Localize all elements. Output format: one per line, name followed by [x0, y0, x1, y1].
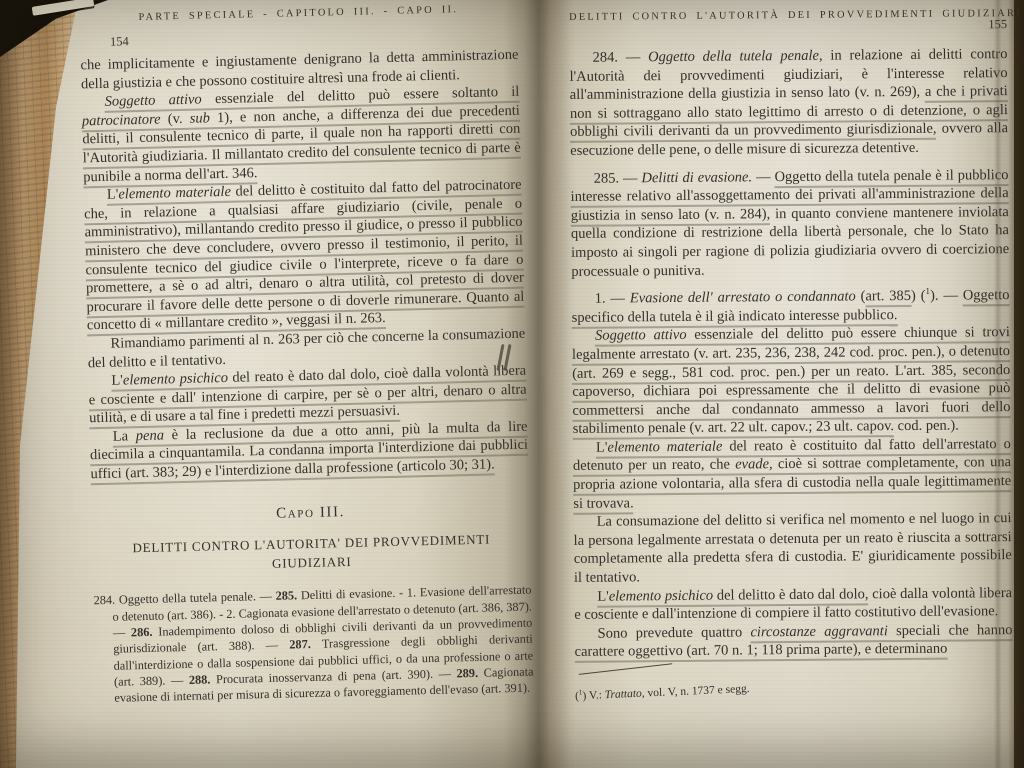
par-284: 284. — Oggetto della tutela penale, in r… — [569, 45, 1008, 160]
left-page: PARTE SPECIALE - CAPITOLO III. - CAPO II… — [12, 0, 544, 768]
chapter-subheading: DELITTI CONTRO L'AUTORITA' DEI PROVVEDIM… — [92, 529, 531, 577]
right-running-head: DELITTI CONTRO L'AUTORITÀ DEI PROVVEDIME… — [569, 8, 1007, 23]
text-segment: 288. — [189, 672, 211, 687]
text-segment: elemento psichico — [609, 587, 714, 607]
left-page-number: 154 — [110, 34, 129, 49]
text-segment: L' — [597, 588, 609, 607]
par-soggetto-attivo: Soggetto attivo essenziale del delitto p… — [572, 323, 1011, 438]
right-page-column: DELITTI CONTRO L'AUTORITÀ DEI PROVVEDIME… — [569, 8, 1013, 697]
handwritten-margin-mark — [499, 344, 509, 371]
par-aggravanti: Sono prevedute quattro circostanze aggra… — [574, 621, 1012, 662]
text-segment: 285. — — [594, 170, 642, 186]
footnote-rule — [579, 663, 673, 675]
page-crease — [994, 0, 1002, 768]
text-segment: L' — [107, 187, 119, 206]
footnote: (1) V.: Trattato, vol. V, n. 1737 e segg… — [575, 670, 1013, 704]
text-segment: 287. — [289, 637, 311, 652]
text-segment: pena — [136, 427, 165, 447]
text-segment: circostanze aggravanti — [750, 623, 888, 643]
text-segment: 284. — — [593, 49, 649, 65]
left-page-column: PARTE SPECIALE - CAPITOLO III. - CAPO II… — [79, 3, 534, 707]
pena-paragraph: La pena è la reclusione da due a otto an… — [89, 417, 528, 483]
text-segment: art. 385 — [865, 288, 911, 307]
right-page: DELITTI CONTRO L'AUTORITÀ DEI PROVVEDIME… — [542, 0, 1014, 768]
par-consumazione: La consumazione del delitto si verifica … — [573, 509, 1012, 587]
text-segment: Sono prevedute quattro — [598, 624, 751, 641]
open-book-photo: PARTE SPECIALE - CAPITOLO III. - CAPO II… — [0, 0, 1024, 768]
text-segment: elemento materiale — [607, 438, 722, 458]
left-page-body: che implicitamente e ingiustamente denig… — [80, 46, 528, 484]
left-running-head: PARTE SPECIALE - CAPITOLO III. - CAPO II… — [79, 3, 517, 25]
par-evasione-arrestato: 1. — Evasione dell' arrestato o condanna… — [571, 286, 1009, 327]
text-segment: Soggetto attivo — [595, 327, 687, 347]
chapter-summary: 284. Oggetto della tutela penale. — 285.… — [93, 582, 534, 707]
text-segment: (v. — [160, 111, 190, 131]
text-segment: 1. — — [595, 291, 630, 307]
text-segment: 289. — [456, 666, 478, 681]
text-segment: cod. pen.). — [894, 418, 959, 435]
chapter-heading: Capo III. — [91, 499, 529, 527]
par-elemento-psichico: L'elemento psichico del delitto è dato d… — [574, 584, 1012, 625]
text-segment: Evasione dell' arrestato o condannato — [630, 289, 856, 307]
text-segment: Oggetto della tutela penale — [648, 48, 819, 65]
text-segment: del delitto è dato dal dolo, — [713, 586, 869, 606]
par-elemento-materiale: L'elemento materiale del reato è costitu… — [573, 435, 1012, 513]
par-285: 285. — Delitti di evasione. — Oggetto de… — [570, 166, 1009, 281]
elemento-materiale-paragraph: L'elemento materiale del delitto è costi… — [84, 176, 526, 335]
text-segment: , vol. V, n. 1737 e segg. — [642, 683, 750, 700]
text-segment: Delitti di evasione. — [641, 169, 752, 186]
right-running-head-row: DELITTI CONTRO L'AUTORITÀ DEI PROVVEDIME… — [569, 8, 1007, 23]
soggetto-attivo-paragraph: Soggetto attivo essenziale del delitto p… — [81, 83, 521, 187]
text-segment: sub — [190, 110, 211, 129]
text-segment: L' — [111, 373, 123, 392]
right-page-body: 284. — Oggetto della tutela penale, in r… — [569, 45, 1012, 662]
text-segment: La consumazione del delitto si verifica … — [574, 510, 1012, 586]
text-segment: ( — [856, 288, 866, 304]
text-segment: La — [113, 428, 136, 448]
text-segment: 286. — [131, 625, 153, 640]
chapter-summary-paragraph: 284. Oggetto della tutela penale. — 285.… — [93, 582, 534, 707]
text-segment: 285. — [275, 589, 297, 604]
text-segment: — — [752, 169, 775, 185]
text-segment: evade, — [735, 457, 773, 476]
text-segment: Trattato — [604, 688, 642, 702]
text-segment: 284. Oggetto della tutela penale. — — [93, 589, 275, 607]
footnote-1: (1) V.: Trattato, vol. V, n. 1737 e segg… — [575, 670, 1013, 704]
book-right-edge — [1008, 0, 1024, 768]
text-segment: ). — — [930, 288, 963, 304]
text-segment: L' — [596, 439, 608, 458]
text-segment: ) V.: — [582, 689, 605, 702]
left-running-head-row: PARTE SPECIALE - CAPITOLO III. - CAPO II… — [79, 3, 517, 25]
text-segment: ) ( — [911, 288, 926, 304]
